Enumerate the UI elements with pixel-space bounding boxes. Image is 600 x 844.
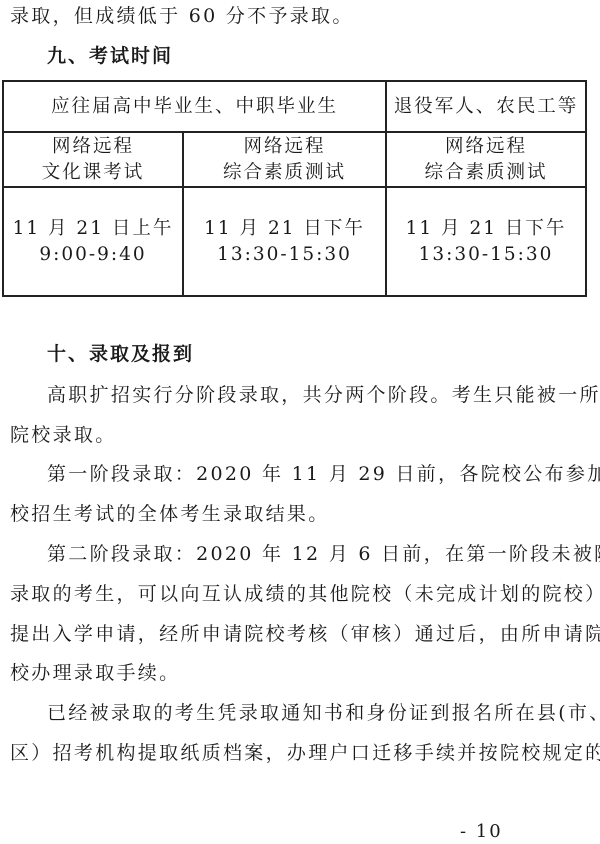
exam-type-cell: 网络远程综合素质测试 (183, 132, 386, 187)
exam-time-cell: 11 月 21 日上午9:00-9:40 (3, 187, 183, 296)
section-9-heading: 九、考试时间 (47, 44, 173, 68)
exam-type-cell: 网络远程综合素质测试 (386, 132, 586, 187)
paragraph-line: 院校录取。 (10, 423, 117, 447)
paragraph-line: 第二阶段录取：2020 年 12 月 6 日前，在第一阶段未被院校 (47, 542, 600, 566)
table-time-row: 11 月 21 日上午9:00-9:40 11 月 21 日下午13:30-15… (3, 187, 586, 296)
group-header-graduates: 应往届高中毕业生、中职毕业生 (3, 81, 386, 132)
exam-type-cell: 网络远程文化课考试 (3, 132, 183, 187)
paragraph-line: 录取的考生，可以向互认成绩的其他院校（未完成计划的院校） (10, 582, 600, 606)
paragraph-line: 第一阶段录取：2020 年 11 月 29 日前，各院校公布参加本 (47, 462, 600, 486)
group-header-veterans: 退役军人、农民工等 (386, 81, 586, 132)
page-number: - 10 (460, 822, 503, 842)
exam-time-cell: 11 月 21 日下午13:30-15:30 (183, 187, 386, 296)
intro-line: 录取，但成绩低于 60 分不予录取。 (10, 4, 354, 28)
paragraph-line: 校办理录取手续。 (10, 661, 180, 685)
section-10-heading: 十、录取及报到 (47, 342, 194, 366)
table-exam-type-row: 网络远程文化课考试 网络远程综合素质测试 网络远程综合素质测试 (3, 132, 586, 187)
table-group-header-row: 应往届高中毕业生、中职毕业生 退役军人、农民工等 (3, 81, 586, 132)
paragraph-line: 校招生考试的全体考生录取结果。 (10, 502, 330, 526)
exam-time-cell: 11 月 21 日下午13:30-15:30 (386, 187, 586, 296)
paragraph-line: 提出入学申请，经所申请院校考核（审核）通过后，由所申请院 (10, 622, 600, 646)
exam-schedule-table: 应往届高中毕业生、中职毕业生 退役军人、农民工等 网络远程文化课考试 网络远程综… (2, 80, 587, 297)
paragraph-line: 已经被录取的考生凭录取通知书和身份证到报名所在县(市、 (47, 701, 600, 725)
paragraph-line: 区）招考机构提取纸质档案，办理户口迁移手续并按院校规定的 (10, 741, 600, 765)
paragraph-line: 高职扩招实行分阶段录取，共分两个阶段。考生只能被一所 (47, 383, 600, 407)
